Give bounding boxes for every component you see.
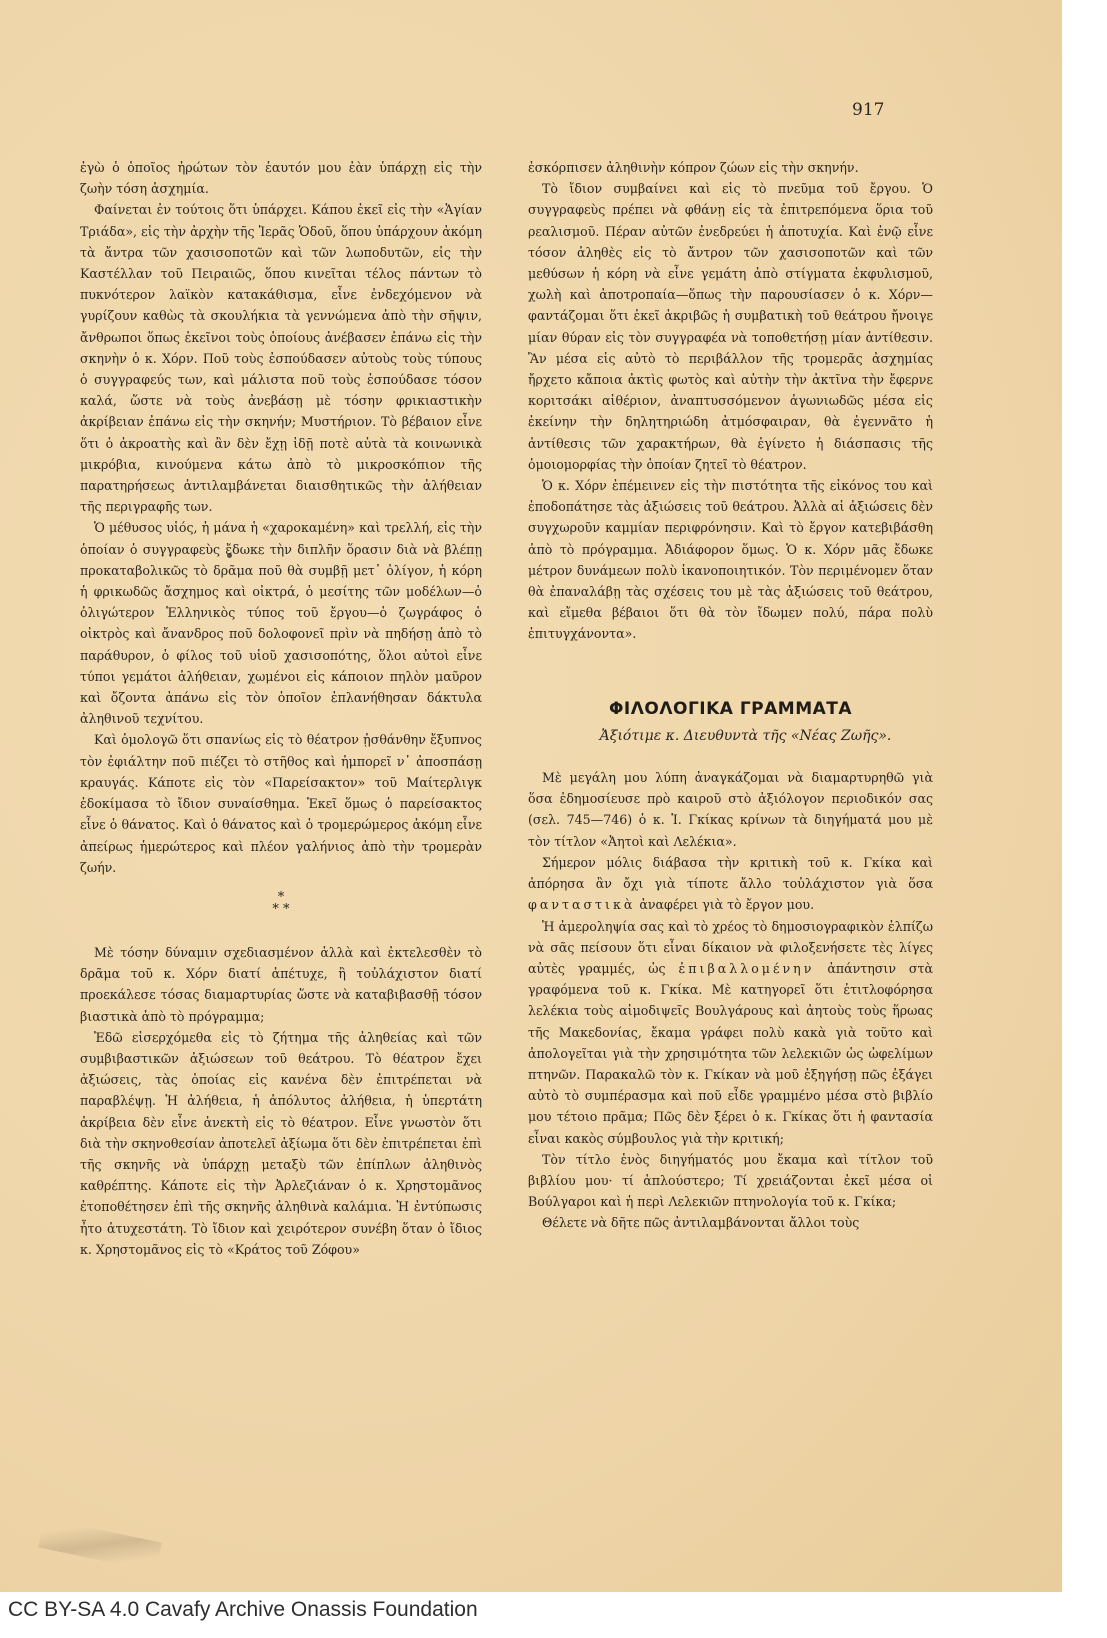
left-column: ἐγὼ ὁ ὁποῖος ἠρώτων τὸν ἑαυτόν μου ἐὰν ὑ… [80, 157, 482, 1260]
emphasis-spaced: φανταστικὰ [528, 897, 635, 912]
paragraph: ἐσκόρπισεν ἀληθινὴν κόπρον ζώων εἰς τὴν … [528, 157, 933, 178]
asterism-separator: * * * [80, 892, 482, 916]
paragraph: Τὸν τίτλο ἑνὸς διηγήματός μου ἔκαμα καὶ … [528, 1149, 933, 1213]
paragraph: Καὶ ὁμολογῶ ὅτι σπανίως εἰς τὸ θέατρον ᾐ… [80, 729, 482, 877]
paragraph: Θέλετε νὰ δῆτε πῶς ἀντιλαμβάνονται ἄλλοι… [528, 1212, 933, 1233]
section-title: ΦΙΛΟΛΟΓΙΚΑ ΓΡΑΜΜΑΤΑ [528, 699, 933, 720]
paragraph: Ὁ κ. Χόρν ἐπέμεινεν εἰς τὴν πιστότητα τῆ… [528, 475, 933, 645]
paragraph: Ἐδῶ εἰσερχόμεθα εἰς τὸ ζήτημα τῆς ἀληθεί… [80, 1027, 482, 1260]
page-number: 917 [852, 100, 884, 120]
paragraph: Ὁ μέθυσος υἱός, ἡ μάνα ἡ «χαροκαμένη» κα… [80, 517, 482, 729]
emphasis-spaced: ἐπιβαλλομένην [679, 961, 815, 976]
paragraph: Μὲ μεγάλη μου λύπη ἀναγκάζομαι νὰ διαμαρ… [528, 767, 933, 852]
letter-salutation: Ἀξιότιμε κ. Διευθυντὰ τῆς «Νέας Ζωῆς». [558, 726, 933, 747]
right-column: ἐσκόρπισεν ἀληθινὴν κόπρον ζώων εἰς τὴν … [528, 157, 933, 1234]
paragraph: Σήμερον μόλις διάβασα τὴν κριτικὴ τοῦ κ.… [528, 852, 933, 916]
paragraph: ἐγὼ ὁ ὁποῖος ἠρώτων τὸν ἑαυτόν μου ἐὰν ὑ… [80, 157, 482, 199]
paragraph: Ἡ ἀμεροληψία σας καὶ τὸ χρέος τὸ δημοσιο… [528, 916, 933, 1149]
scanned-page: 917 ἐγὼ ὁ ὁποῖος ἠρώτων τὸν ἑαυτόν μου ἐ… [0, 0, 1062, 1592]
paper-crease [38, 1518, 162, 1572]
page-margin [1062, 0, 1107, 1592]
license-credit: CC BY-SA 4.0 Cavafy Archive Onassis Foun… [8, 1598, 478, 1622]
paragraph: Μὲ τόσην δύναμιν σχεδιασμένον ἀλλὰ καὶ ἐ… [80, 942, 482, 1027]
paragraph: Φαίνεται ἐν τούτοις ὅτι ὑπάρχει. Κάπου ἐ… [80, 199, 482, 517]
paragraph: Τὸ ἴδιον συμβαίνει καὶ εἰς τὸ πνεῦμα τοῦ… [528, 178, 933, 475]
